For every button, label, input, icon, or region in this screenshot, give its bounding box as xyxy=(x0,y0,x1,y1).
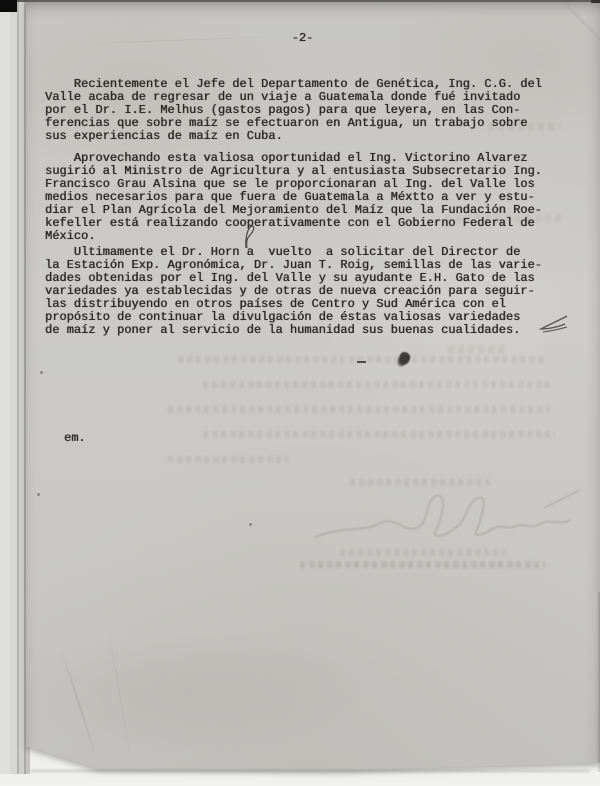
page-number: -2- xyxy=(45,32,560,45)
handwritten-insert-mark xyxy=(243,225,257,249)
paper-speck xyxy=(37,493,40,496)
paper-speck xyxy=(249,523,252,526)
pencil-dash-mark xyxy=(357,361,366,363)
ghost-text-line xyxy=(168,406,550,413)
ghost-text-line xyxy=(300,561,545,568)
page-bottom-shadow xyxy=(30,770,590,773)
page-edge-stack xyxy=(0,0,30,774)
handwritten-check-mark xyxy=(538,312,570,336)
page-corner-black-mark xyxy=(0,0,17,12)
ghost-signature xyxy=(308,486,588,558)
ghost-stamp xyxy=(448,345,508,354)
ghost-text-line xyxy=(203,381,553,388)
top-edge-shadow xyxy=(0,0,600,2)
paragraph-2: Aprovechando esta valiosa oportunidad el… xyxy=(45,152,542,243)
ghost-text-line xyxy=(350,479,490,486)
ghost-text-line xyxy=(203,431,555,438)
scanned-document: { "document": { "page_number": "-2-", "p… xyxy=(0,0,600,786)
paragraph-3: Ultimamente el Dr. Horn a vuelto a solic… xyxy=(45,246,542,337)
page-corner-black-mark xyxy=(591,0,600,3)
typist-initials: em. xyxy=(64,432,86,445)
paper-speck xyxy=(40,371,43,374)
paragraph-1: Recientemente el Jefe del Departamento d… xyxy=(45,78,542,143)
ghost-text-line xyxy=(168,456,288,463)
